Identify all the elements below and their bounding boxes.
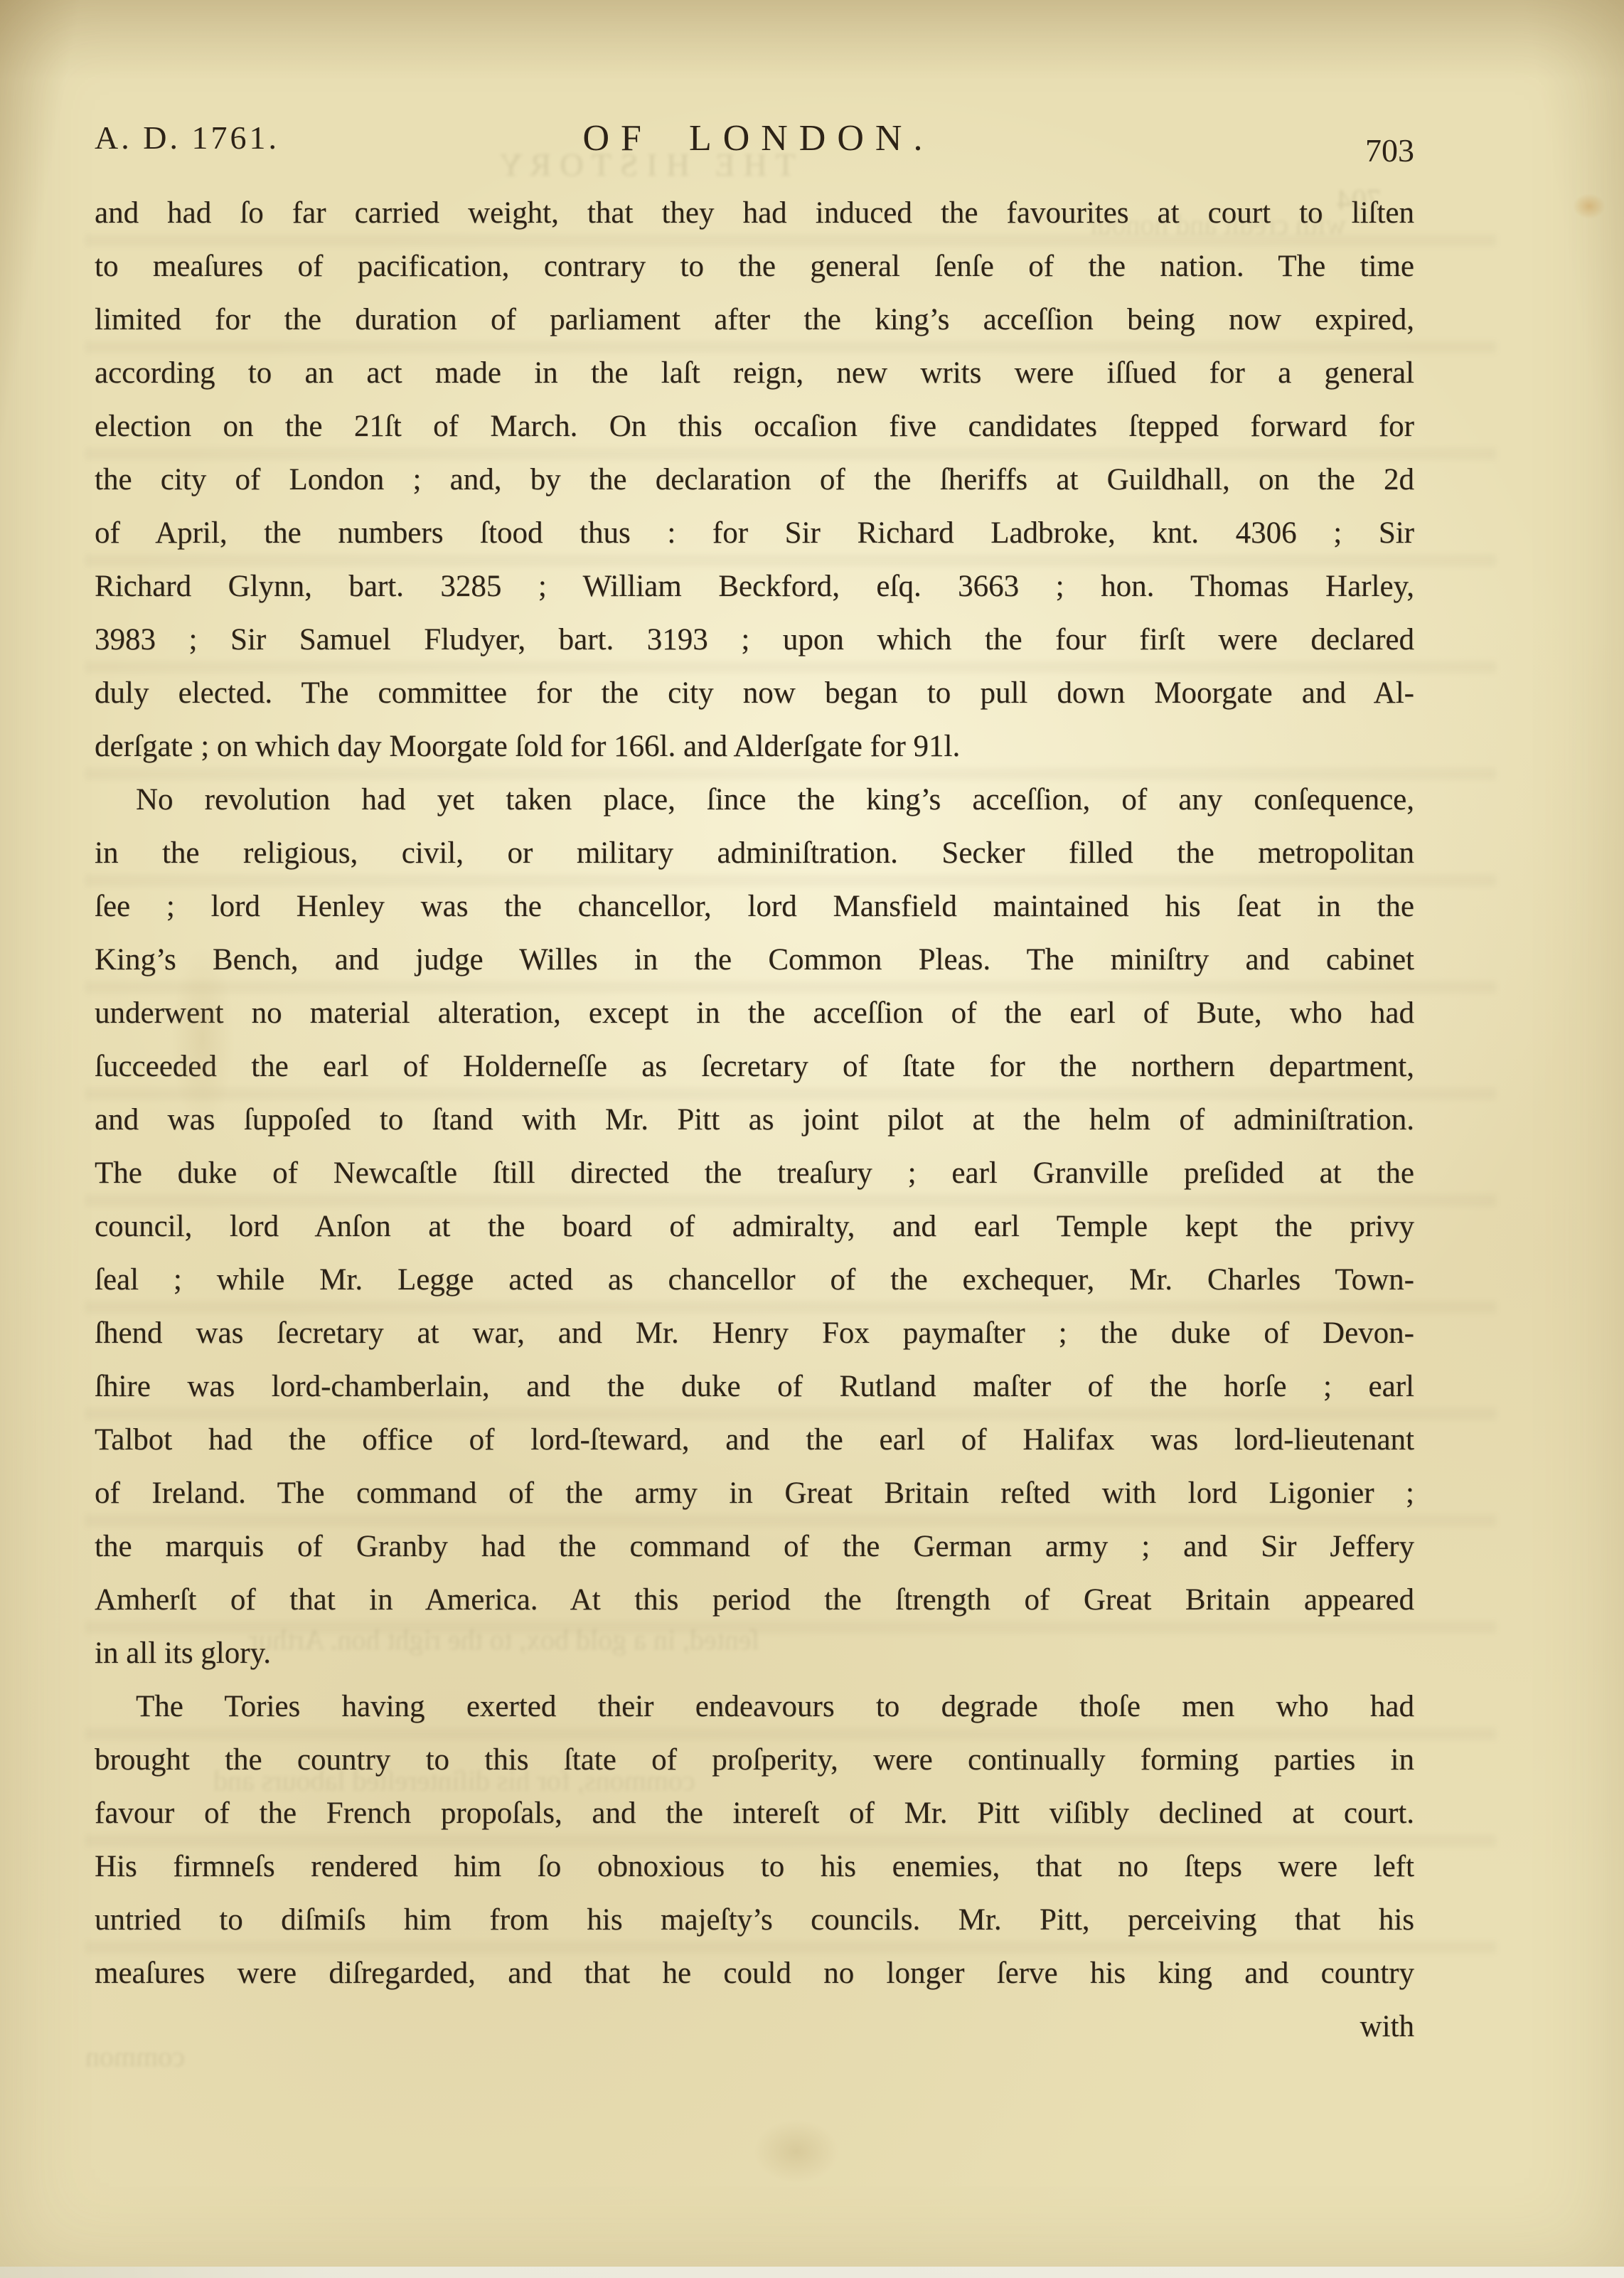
scanned-page: A. D. 1761. OF LONDON. 703 and had ſo fa… <box>0 0 1624 2278</box>
text-line: ſucceeded the earl of Holderneſſe as ſec… <box>95 1040 1414 1093</box>
catchword: with <box>1360 2010 1414 2043</box>
paragraph: and had ſo far carried weight, that they… <box>95 186 1414 773</box>
page-number: 703 <box>1365 116 1414 167</box>
text-line: council, lord Anſon at the board of admi… <box>95 1200 1414 1253</box>
text-line: the marquis of Granby had the command of… <box>95 1520 1414 1573</box>
text-line: Amherſt of that in America. At this peri… <box>95 1573 1414 1627</box>
text-line: election on the 21ſt of March. On this o… <box>95 400 1414 453</box>
text-line: according to an act made in the laſt rei… <box>95 346 1414 400</box>
text-line: untried to diſmiſs him from his majeſty’… <box>95 1893 1414 1947</box>
text-line: of Ireland. The command of the army in G… <box>95 1467 1414 1520</box>
text-line: favour of the French propoſals, and the … <box>95 1787 1414 1840</box>
paper-stain <box>754 2119 839 2183</box>
text-line: to meaſures of pacification, contrary to… <box>95 240 1414 293</box>
text-line: derſgate ; on which day Moorgate ſold fo… <box>95 720 1414 773</box>
text-line: the city of London ; and, by the declara… <box>95 453 1414 506</box>
text-line: limited for the duration of parliament a… <box>95 293 1414 346</box>
text-line: ſeal ; while Mr. Legge acted as chancell… <box>95 1253 1414 1306</box>
text-line: in all its glory. <box>95 1627 1414 1680</box>
text-line: brought the country to this ſtate of pro… <box>95 1733 1414 1787</box>
text-line: The duke of Newcaſtle ſtill directed the… <box>95 1146 1414 1200</box>
text-line: 3983 ; Sir Samuel Fludyer, bart. 3193 ; … <box>95 613 1414 666</box>
text-line: No revolution had yet taken place, ſince… <box>95 773 1414 826</box>
text-line: of April, the numbers ſtood thus : for S… <box>95 506 1414 560</box>
catchword-row: with <box>95 2000 1414 2053</box>
text-line: duly elected. The committee for the city… <box>95 666 1414 720</box>
text-line: ſhend was ſecretary at war, and Mr. Henr… <box>95 1306 1414 1360</box>
running-title: OF LONDON. <box>582 116 934 157</box>
page-header: A. D. 1761. OF LONDON. 703 <box>95 116 1414 167</box>
text-line: Talbot had the office of lord-ſteward, a… <box>95 1413 1414 1467</box>
scanner-edge <box>0 2267 1624 2278</box>
text-line: in the religious, civil, or military adm… <box>95 826 1414 880</box>
text-line: ſee ; lord Henley was the chancellor, lo… <box>95 880 1414 933</box>
era-label: A. D. 1761. <box>95 116 279 154</box>
text-line: and was ſuppoſed to ſtand with Mr. Pitt … <box>95 1093 1414 1146</box>
text-line: ſhire was lord-chamberlain, and the duke… <box>95 1360 1414 1413</box>
text-line: meaſures were diſregarded, and that he c… <box>95 1947 1414 2000</box>
text-line: The Tories having exerted their endeavou… <box>95 1680 1414 1733</box>
text-line: King’s Bench, and judge Willes in the Co… <box>95 933 1414 986</box>
text-block: and had ſo far carried weight, that they… <box>95 186 1414 2053</box>
text-line: and had ſo far carried weight, that they… <box>95 186 1414 240</box>
text-line: Richard Glynn, bart. 3285 ; William Beck… <box>95 560 1414 613</box>
paragraph: The Tories having exerted their endeavou… <box>95 1680 1414 2000</box>
paper-stain <box>1573 193 1606 219</box>
text-line: His firmneſs rendered him ſo obnoxious t… <box>95 1840 1414 1893</box>
paragraph: No revolution had yet taken place, ſince… <box>95 773 1414 1680</box>
text-line: underwent no material alteration, except… <box>95 986 1414 1040</box>
